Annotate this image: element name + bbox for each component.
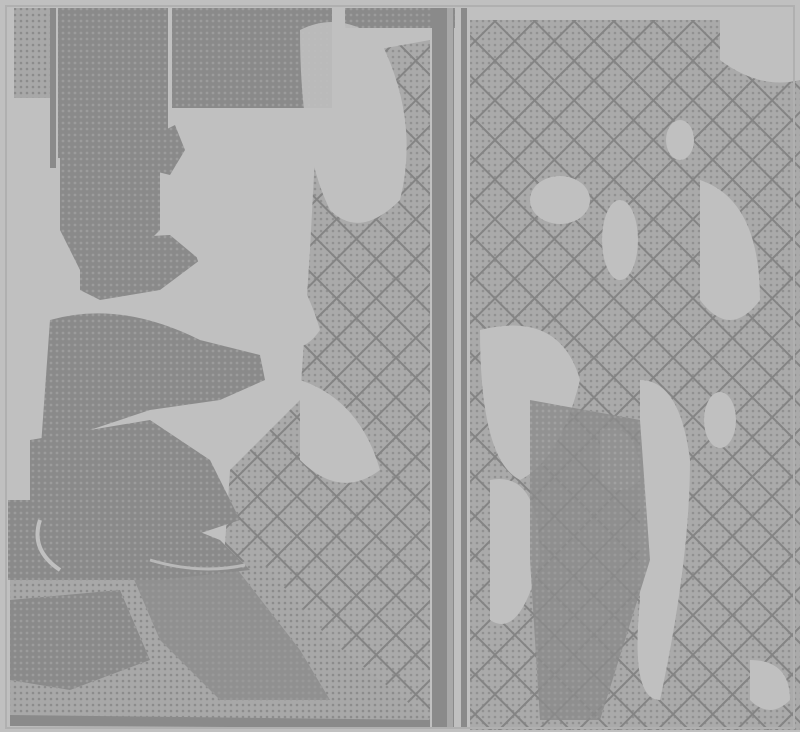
- fence-pole: [432, 8, 467, 728]
- halftone-photo: [0, 0, 800, 732]
